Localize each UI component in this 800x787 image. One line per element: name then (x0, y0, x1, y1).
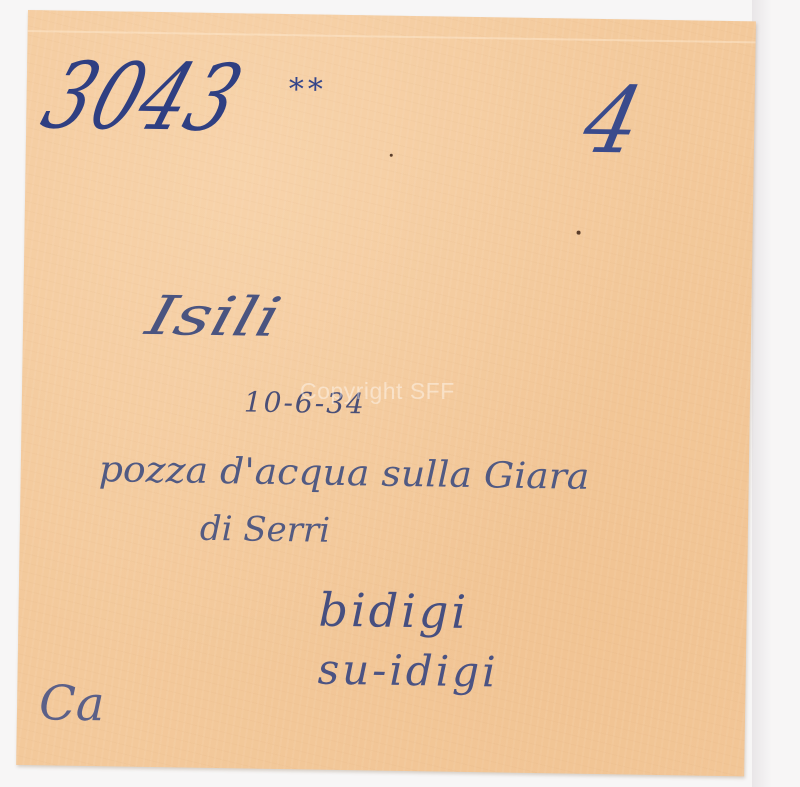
backdrop-shadow (752, 0, 772, 787)
habitat-line-1: pozza d'acqua sulla Giara (98, 449, 589, 498)
sheet-number: 4 (574, 67, 651, 174)
catalog-number: 3043 (30, 43, 255, 152)
star-marks: ** (289, 72, 328, 108)
determination-line-2: su-idigi (317, 645, 499, 697)
paper-speck (577, 231, 581, 235)
specimen-label-card: 3043 ** 4 Isili 10-6-34 pozza d'acqua su… (16, 10, 756, 776)
paper-speck (390, 154, 393, 157)
collection-date: 10-6-34 (244, 385, 367, 420)
habitat-line-2: di Serri (200, 509, 331, 551)
determination-line-1: bidigi (318, 583, 469, 639)
fold-line (28, 30, 756, 43)
locality: Isili (140, 284, 288, 349)
collector-initials: Ca (39, 675, 105, 732)
